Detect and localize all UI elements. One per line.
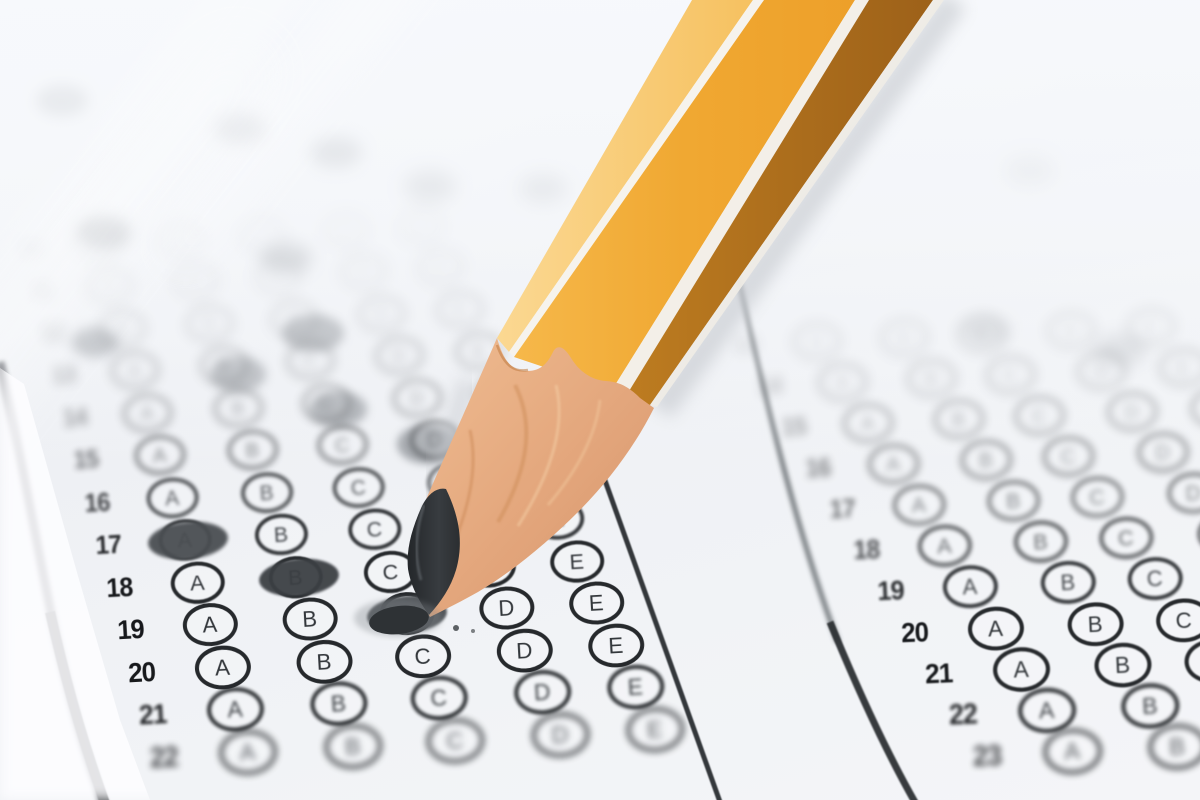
bubble-A: A — [1017, 686, 1077, 734]
bubble-letter: D — [462, 511, 479, 537]
bubble-C: C — [362, 549, 418, 594]
bubble-B: B — [1039, 560, 1096, 605]
question-number: 19 — [102, 614, 145, 647]
bubble-letter: C — [1175, 606, 1192, 633]
answer-row: 19ABCDE — [860, 542, 1200, 615]
bubble-letter: D — [551, 720, 569, 748]
bubble-E: E — [529, 497, 584, 541]
bubble-B: B — [295, 638, 353, 685]
question-number: 19 — [862, 576, 905, 609]
bubble-letter: E — [569, 548, 585, 574]
bubble-letter: C — [1146, 566, 1163, 593]
bubble-letter: B — [344, 732, 361, 760]
bubble-letter: C — [1089, 484, 1105, 510]
answer-row: 23ABCDE — [954, 703, 1200, 781]
bubble-letter: A — [911, 492, 926, 518]
bubble-letter: A — [214, 653, 230, 680]
bubble-B: B — [1147, 723, 1200, 772]
question-number: 17 — [80, 529, 121, 561]
answer-row: 18ABCDE — [836, 502, 1200, 574]
question-number: 20 — [112, 656, 156, 690]
bubble-letter: D — [498, 595, 515, 622]
bubble-letter: D — [480, 553, 497, 579]
bubble-letter: D — [1185, 480, 1200, 506]
pencil-mark — [368, 602, 431, 637]
answer-row: 22ABCDE — [132, 698, 787, 783]
bubble-E: E — [606, 663, 665, 711]
bubble-letter: B — [316, 648, 332, 675]
bubble-C: C — [1098, 516, 1154, 561]
filled-bubble-q18 — [257, 555, 340, 599]
bubble-D: D — [530, 710, 590, 758]
bubble-C: C — [409, 674, 468, 722]
bubble-letter: E — [646, 715, 663, 743]
bubble-C: C — [331, 465, 385, 509]
answer-row: 18ABCDE — [89, 532, 699, 611]
filled-bubble-q17 — [146, 518, 229, 562]
answer-row: 20ABCDE — [110, 615, 743, 697]
question-number: 21 — [909, 657, 953, 691]
bubble-A: A — [157, 518, 212, 562]
answer-row: 17ABCDE — [78, 491, 677, 569]
bubble-A: A — [181, 602, 238, 648]
bubble-letter: A — [227, 696, 244, 724]
bubble-D: D — [513, 668, 572, 716]
question-number: 21 — [123, 698, 168, 732]
bubble-C: C — [1126, 556, 1183, 601]
bubble-letter: B — [259, 479, 274, 504]
bubble-C: C — [394, 632, 452, 679]
bubble-A: A — [193, 644, 251, 691]
bubble-letter: B — [330, 690, 347, 718]
bubble-letter: B — [273, 522, 289, 548]
defocus-haze — [0, 0, 1200, 470]
bubble-A: A — [992, 646, 1051, 693]
bubble-A: A — [145, 476, 199, 520]
answer-row: 19ABCDE — [100, 574, 722, 655]
bubble-B: B — [1013, 520, 1069, 565]
bubble-E: E — [587, 622, 645, 669]
question-number: 22 — [133, 740, 178, 775]
bubble-letter: A — [164, 485, 179, 510]
bubble-letter: C — [1117, 525, 1134, 551]
bubble-B: B — [239, 470, 293, 514]
bubble-E: E — [568, 580, 625, 626]
question-number: 18 — [838, 535, 880, 567]
bubble-B: B — [323, 722, 383, 770]
bubble-A: A — [217, 728, 277, 776]
bubble-letter: B — [1060, 570, 1076, 597]
bubble-letter: C — [446, 726, 464, 754]
bubble-E: E — [549, 538, 605, 583]
answer-sheet-photo: 10ABCDE11ABCDE12ABCDE13ABCDE14ABCDE15ABC… — [0, 0, 1200, 800]
bubble-D: D — [495, 627, 553, 674]
bubble-B: B — [1093, 641, 1152, 688]
bubble-letter: A — [239, 738, 256, 766]
bubble-letter: B — [1141, 692, 1158, 720]
bubble-D: D — [460, 543, 516, 588]
bubble-C: C — [425, 716, 485, 764]
bubble-D: D — [1196, 512, 1200, 557]
bubble-letter: A — [937, 533, 953, 559]
bubble-letter: E — [588, 590, 604, 617]
bubble-letter: C — [414, 642, 432, 669]
question-number: 20 — [885, 616, 928, 649]
question-number: 16 — [70, 487, 111, 518]
bubble-A: A — [916, 524, 972, 569]
bubble-letter: B — [1033, 529, 1049, 555]
bubble-E: E — [625, 705, 685, 753]
question-number: 17 — [814, 494, 855, 526]
bubble-letter: A — [962, 574, 978, 601]
answer-row: 21ABCDE — [907, 623, 1200, 699]
bubble-letter: A — [987, 615, 1003, 642]
bubble-letter: C — [430, 684, 448, 712]
bubble-C: C — [1183, 637, 1200, 684]
bubble-letter: E — [627, 673, 644, 701]
bubble-letter: B — [1114, 651, 1130, 679]
answer-row: 20ABCDE — [884, 583, 1200, 657]
bubble-letter: A — [1038, 696, 1055, 724]
bubble-C: C — [378, 591, 435, 637]
bubble-B: B — [267, 554, 323, 599]
bubble-A: A — [1042, 727, 1103, 776]
bubble-letter: A — [202, 611, 218, 638]
question-number: 18 — [91, 572, 133, 605]
bubble-B: B — [986, 479, 1041, 523]
answer-row: 17ABCDE — [813, 462, 1200, 532]
bubble-C: C — [1070, 475, 1125, 519]
bubble-B: B — [1066, 601, 1124, 647]
bubble-letter: D — [515, 637, 533, 664]
bubble-letter: D — [444, 469, 460, 494]
bubble-letter: A — [189, 569, 205, 595]
filled-bubble-q19 — [366, 592, 449, 636]
bubble-B: B — [1120, 682, 1180, 730]
bubble-B: B — [309, 680, 368, 728]
bubble-letter: C — [366, 516, 383, 542]
bubble-letter: B — [287, 564, 303, 590]
answer-row: 21ABCDE — [121, 657, 765, 740]
question-number: 22 — [933, 698, 978, 733]
bubble-D: D — [478, 585, 535, 631]
bubble-letter: D — [533, 678, 551, 706]
bubble-B: B — [253, 512, 308, 556]
bubble-letter: A — [177, 527, 193, 553]
bubble-letter: C — [398, 600, 415, 627]
bubble-B: B — [281, 596, 338, 642]
bubble-D: D — [1166, 471, 1200, 515]
bubble-letter: C — [382, 558, 399, 584]
bubble-D: D — [443, 502, 498, 546]
bubble-A: A — [169, 560, 225, 605]
bubble-letter: E — [549, 506, 565, 532]
bubble-letter: B — [302, 606, 318, 633]
bubble-letter: B — [1087, 610, 1103, 637]
bubble-letter: B — [1169, 733, 1186, 762]
bubble-A: A — [967, 605, 1025, 651]
pencil-graphite-tip — [408, 489, 460, 615]
bubble-A: A — [205, 686, 264, 734]
bubble-C: C — [347, 507, 402, 551]
bubble-letter: C — [350, 474, 366, 499]
answer-row: 22ABCDE — [931, 663, 1200, 740]
bubble-C: C — [1155, 597, 1200, 643]
bubble-letter: E — [608, 631, 624, 658]
bubble-letter: B — [1006, 488, 1021, 514]
bubble-A: A — [941, 564, 998, 609]
bubble-A: A — [891, 483, 946, 527]
question-number: 23 — [956, 739, 1002, 774]
bubble-letter: A — [1064, 737, 1081, 766]
bubble-letter: A — [1013, 656, 1029, 684]
